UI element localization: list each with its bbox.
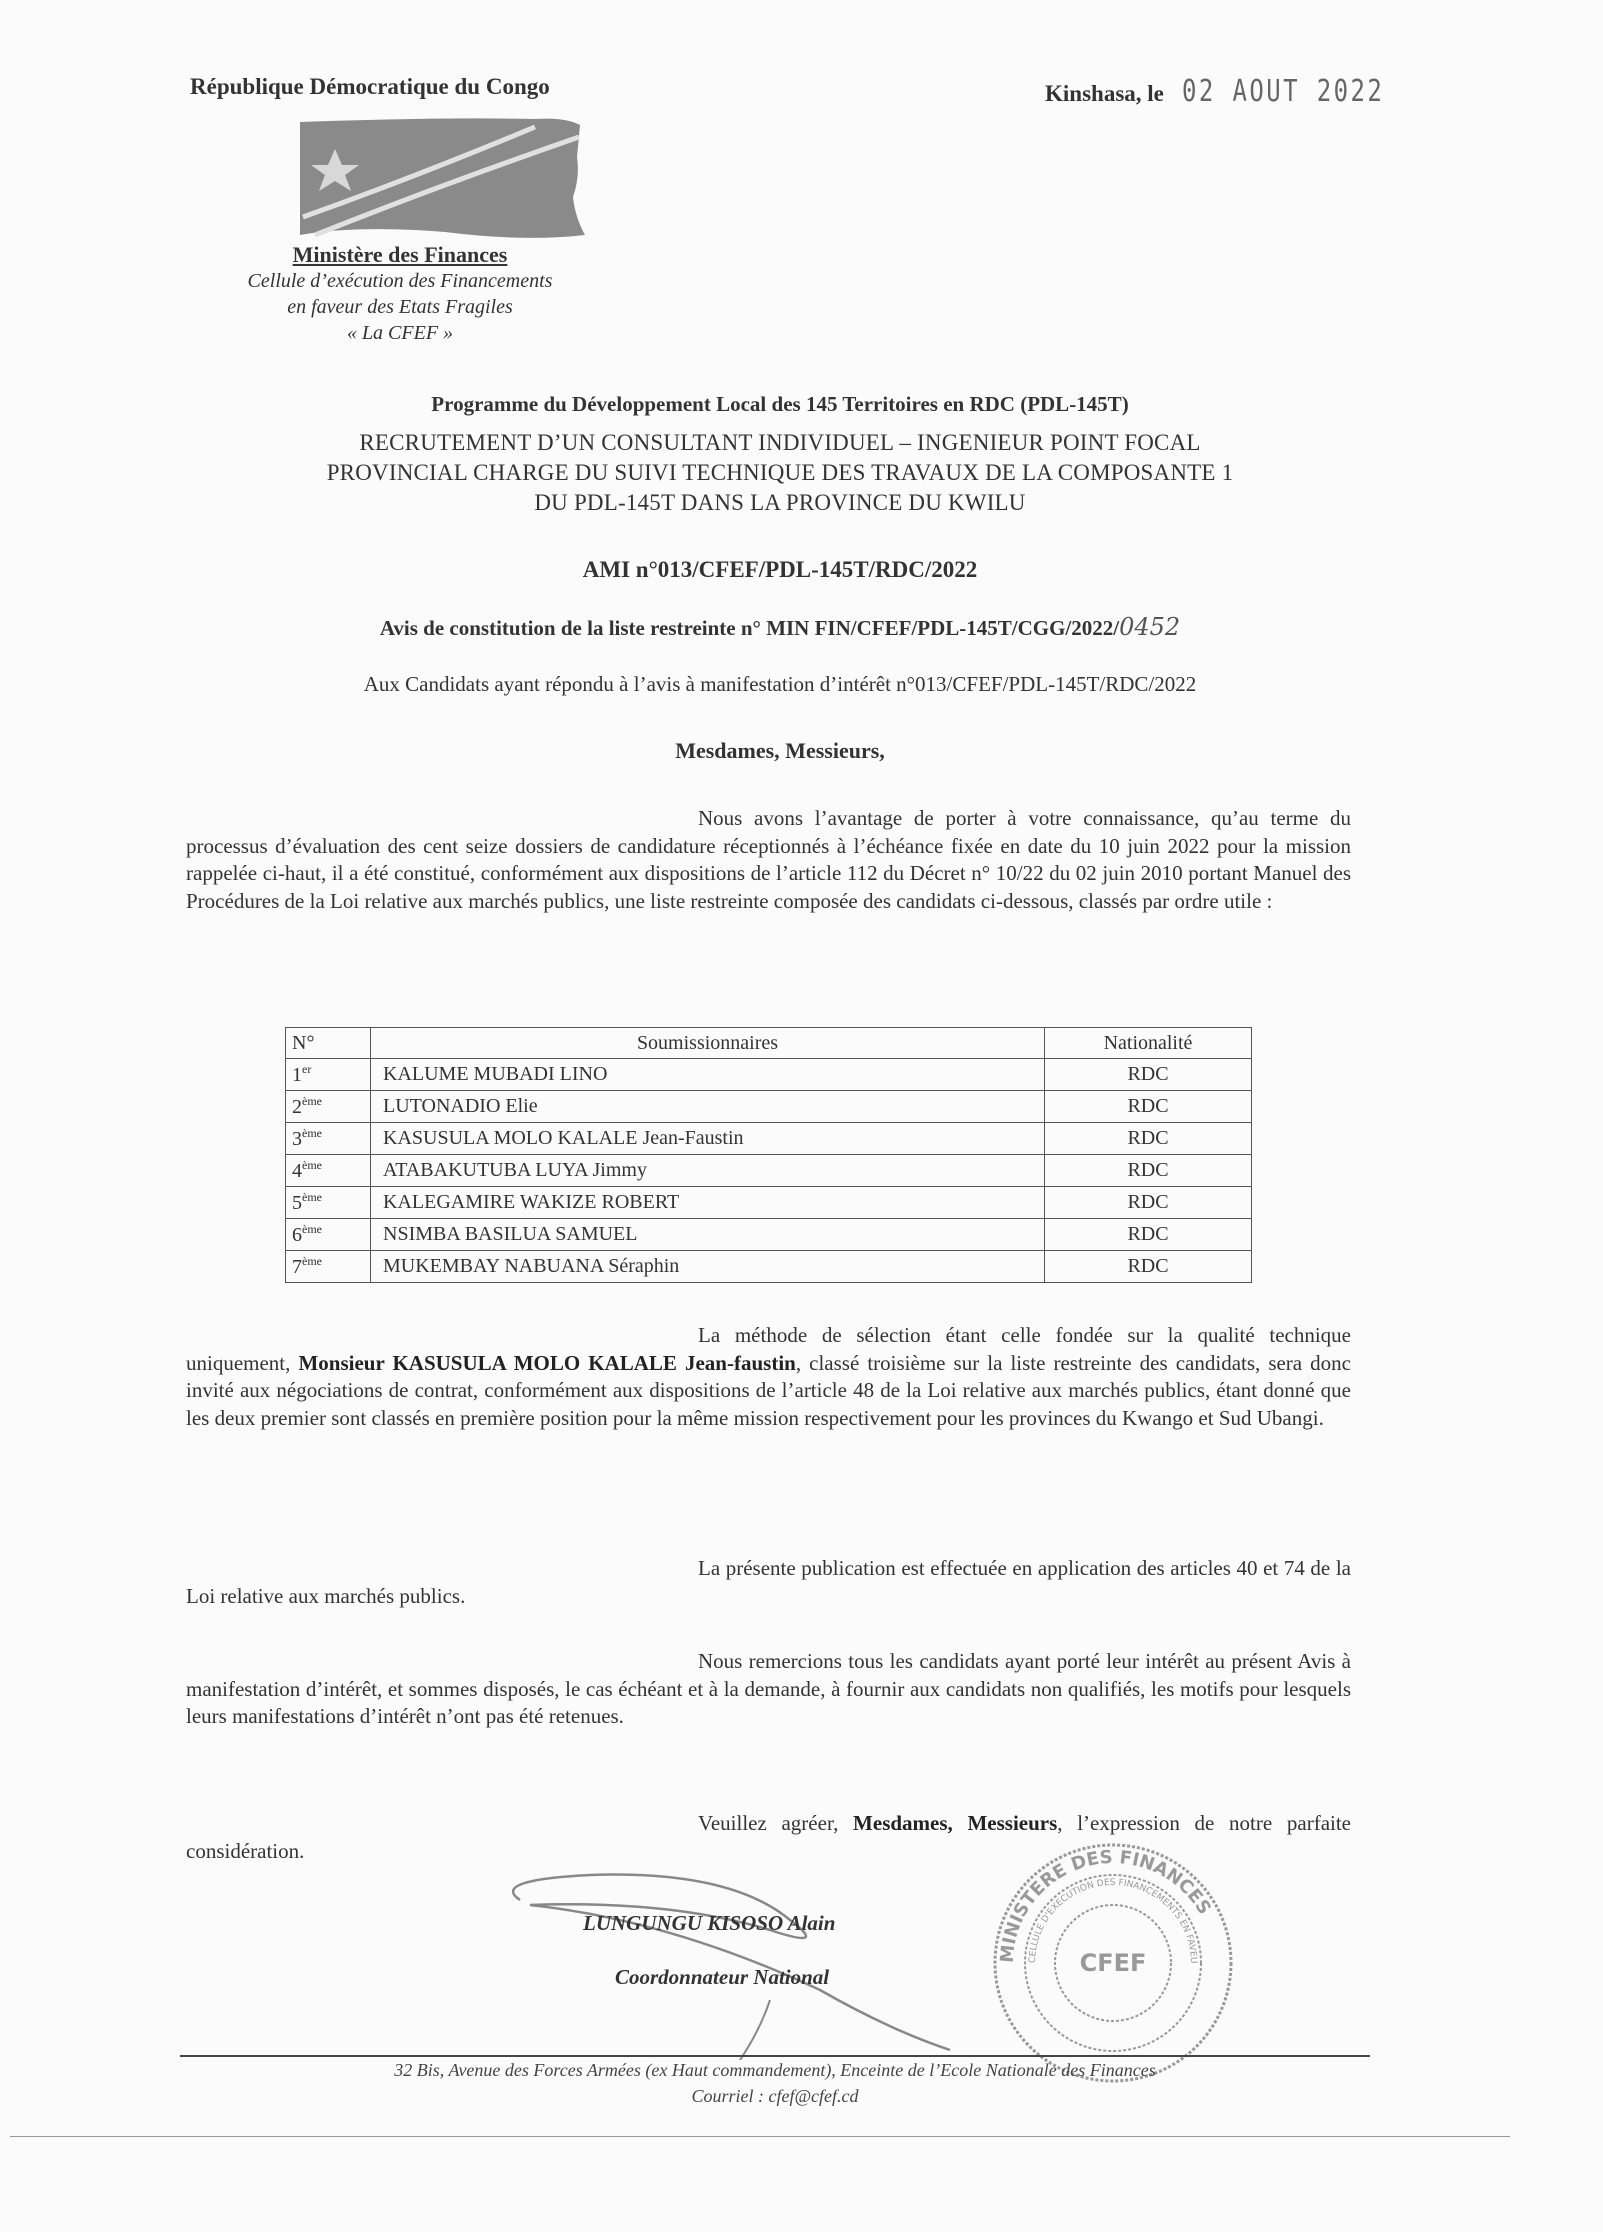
footer-email: Courriel : cfef@cfef.cd xyxy=(180,2086,1370,2107)
rank-cell: 4ème xyxy=(286,1155,371,1187)
date-stamp: 02 AOUT 2022 xyxy=(1182,74,1384,109)
page-bottom-divider xyxy=(10,2136,1510,2137)
bidder-name-cell: LUTONADIO Elie xyxy=(371,1091,1045,1123)
ministry-block: Ministère des Finances Cellule d’exécuti… xyxy=(200,242,600,346)
paragraph-publication: La présente publication est effectuée en… xyxy=(186,1555,1351,1610)
paragraph-thanks: Nous remercions tous les candidats ayant… xyxy=(186,1648,1351,1731)
bidder-name-cell: MUKEMBAY NABUANA Séraphin xyxy=(371,1251,1045,1283)
handwritten-number: 0452 xyxy=(1119,613,1180,641)
bidder-name-cell: NSIMBA BASILUA SAMUEL xyxy=(371,1219,1045,1251)
drc-flag-icon xyxy=(295,117,595,242)
rank-cell: 3ème xyxy=(286,1123,371,1155)
paragraph-selection: La méthode de sélection étant celle fond… xyxy=(186,1322,1351,1432)
rank-cell: 5ème xyxy=(286,1187,371,1219)
addressee: Aux Candidats ayant répondu à l’avis à m… xyxy=(180,672,1380,697)
bidder-name-cell: ATABAKUTUBA LUYA Jimmy xyxy=(371,1155,1045,1187)
signature-scribble-icon xyxy=(470,1860,990,2060)
nationality-cell: RDC xyxy=(1045,1251,1252,1283)
official-seal-icon: MINISTERE DES FINANCES CELLULE D'EXECUTI… xyxy=(988,1838,1238,2088)
table-row: 1erKALUME MUBADI LINORDC xyxy=(286,1059,1252,1091)
salutation: Mesdames, Messieurs, xyxy=(180,738,1380,764)
table-row: 4èmeATABAKUTUBA LUYA JimmyRDC xyxy=(286,1155,1252,1187)
table-header-row: N° Soumissionnaires Nationalité xyxy=(286,1028,1252,1059)
ministry-name: Ministère des Finances xyxy=(200,242,600,268)
bidder-name-cell: KASUSULA MOLO KALALE Jean-Faustin xyxy=(371,1123,1045,1155)
nationality-cell: RDC xyxy=(1045,1187,1252,1219)
table-row: 6èmeNSIMBA BASILUA SAMUELRDC xyxy=(286,1219,1252,1251)
signatory-name: LUNGUNGU KISOSO Alain xyxy=(583,1911,835,1936)
header-no: N° xyxy=(286,1028,371,1059)
unit-line-1: Cellule d’exécution des Financements xyxy=(200,268,600,294)
rank-cell: 1er xyxy=(286,1059,371,1091)
unit-line-2: en faveur des Etats Fragiles xyxy=(200,294,600,320)
unit-short-name: « La CFEF » xyxy=(200,320,600,346)
header-bidders: Soumissionnaires xyxy=(371,1028,1045,1059)
date-line: Kinshasa, le 02 AOUT 2022 xyxy=(1045,74,1434,109)
notice-text: Avis de constitution de la liste restrei… xyxy=(380,616,1119,640)
footer-divider xyxy=(180,2055,1370,2057)
place-prefix: Kinshasa, le xyxy=(1045,81,1164,106)
recruitment-title: RECRUTEMENT D’UN CONSULTANT INDIVIDUEL –… xyxy=(180,428,1380,518)
rank-cell: 2ème xyxy=(286,1091,371,1123)
paragraph-intro: Nous avons l’avantage de porter à votre … xyxy=(186,805,1351,915)
nationality-cell: RDC xyxy=(1045,1219,1252,1251)
rank-cell: 6ème xyxy=(286,1219,371,1251)
programme-title: Programme du Développement Local des 145… xyxy=(180,392,1380,417)
country-heading: République Démocratique du Congo xyxy=(190,74,550,100)
title-line-3: DU PDL-145T DANS LA PROVINCE DU KWILU xyxy=(180,488,1380,518)
selected-candidate: Monsieur KASUSULA MOLO KALALE Jean-faust… xyxy=(298,1351,795,1375)
bidder-name-cell: KALUME MUBADI LINO xyxy=(371,1059,1045,1091)
footer-address: 32 Bis, Avenue des Forces Armées (ex Hau… xyxy=(180,2060,1370,2081)
title-line-1: RECRUTEMENT D’UN CONSULTANT INDIVIDUEL –… xyxy=(180,428,1380,458)
rank-cell: 7ème xyxy=(286,1251,371,1283)
nationality-cell: RDC xyxy=(1045,1155,1252,1187)
bidder-name-cell: KALEGAMIRE WAKIZE ROBERT xyxy=(371,1187,1045,1219)
signatory-title: Coordonnateur National xyxy=(615,1965,829,1990)
table-row: 5èmeKALEGAMIRE WAKIZE ROBERTRDC xyxy=(286,1187,1252,1219)
table-row: 3èmeKASUSULA MOLO KALALE Jean-FaustinRDC xyxy=(286,1123,1252,1155)
header-nationality: Nationalité xyxy=(1045,1028,1252,1059)
nationality-cell: RDC xyxy=(1045,1091,1252,1123)
nationality-cell: RDC xyxy=(1045,1123,1252,1155)
svg-text:CFEF: CFEF xyxy=(1080,1949,1147,1977)
ami-reference: AMI n°013/CFEF/PDL-145T/RDC/2022 xyxy=(180,557,1380,583)
shortlist-notice-ref: Avis de constitution de la liste restrei… xyxy=(180,613,1380,641)
title-line-2: PROVINCIAL CHARGE DU SUIVI TECHNIQUE DES… xyxy=(180,458,1380,488)
shortlist-table: N° Soumissionnaires Nationalité 1erKALUM… xyxy=(285,1027,1252,1283)
nationality-cell: RDC xyxy=(1045,1059,1252,1091)
table-row: 2èmeLUTONADIO ElieRDC xyxy=(286,1091,1252,1123)
table-row: 7èmeMUKEMBAY NABUANA SéraphinRDC xyxy=(286,1251,1252,1283)
